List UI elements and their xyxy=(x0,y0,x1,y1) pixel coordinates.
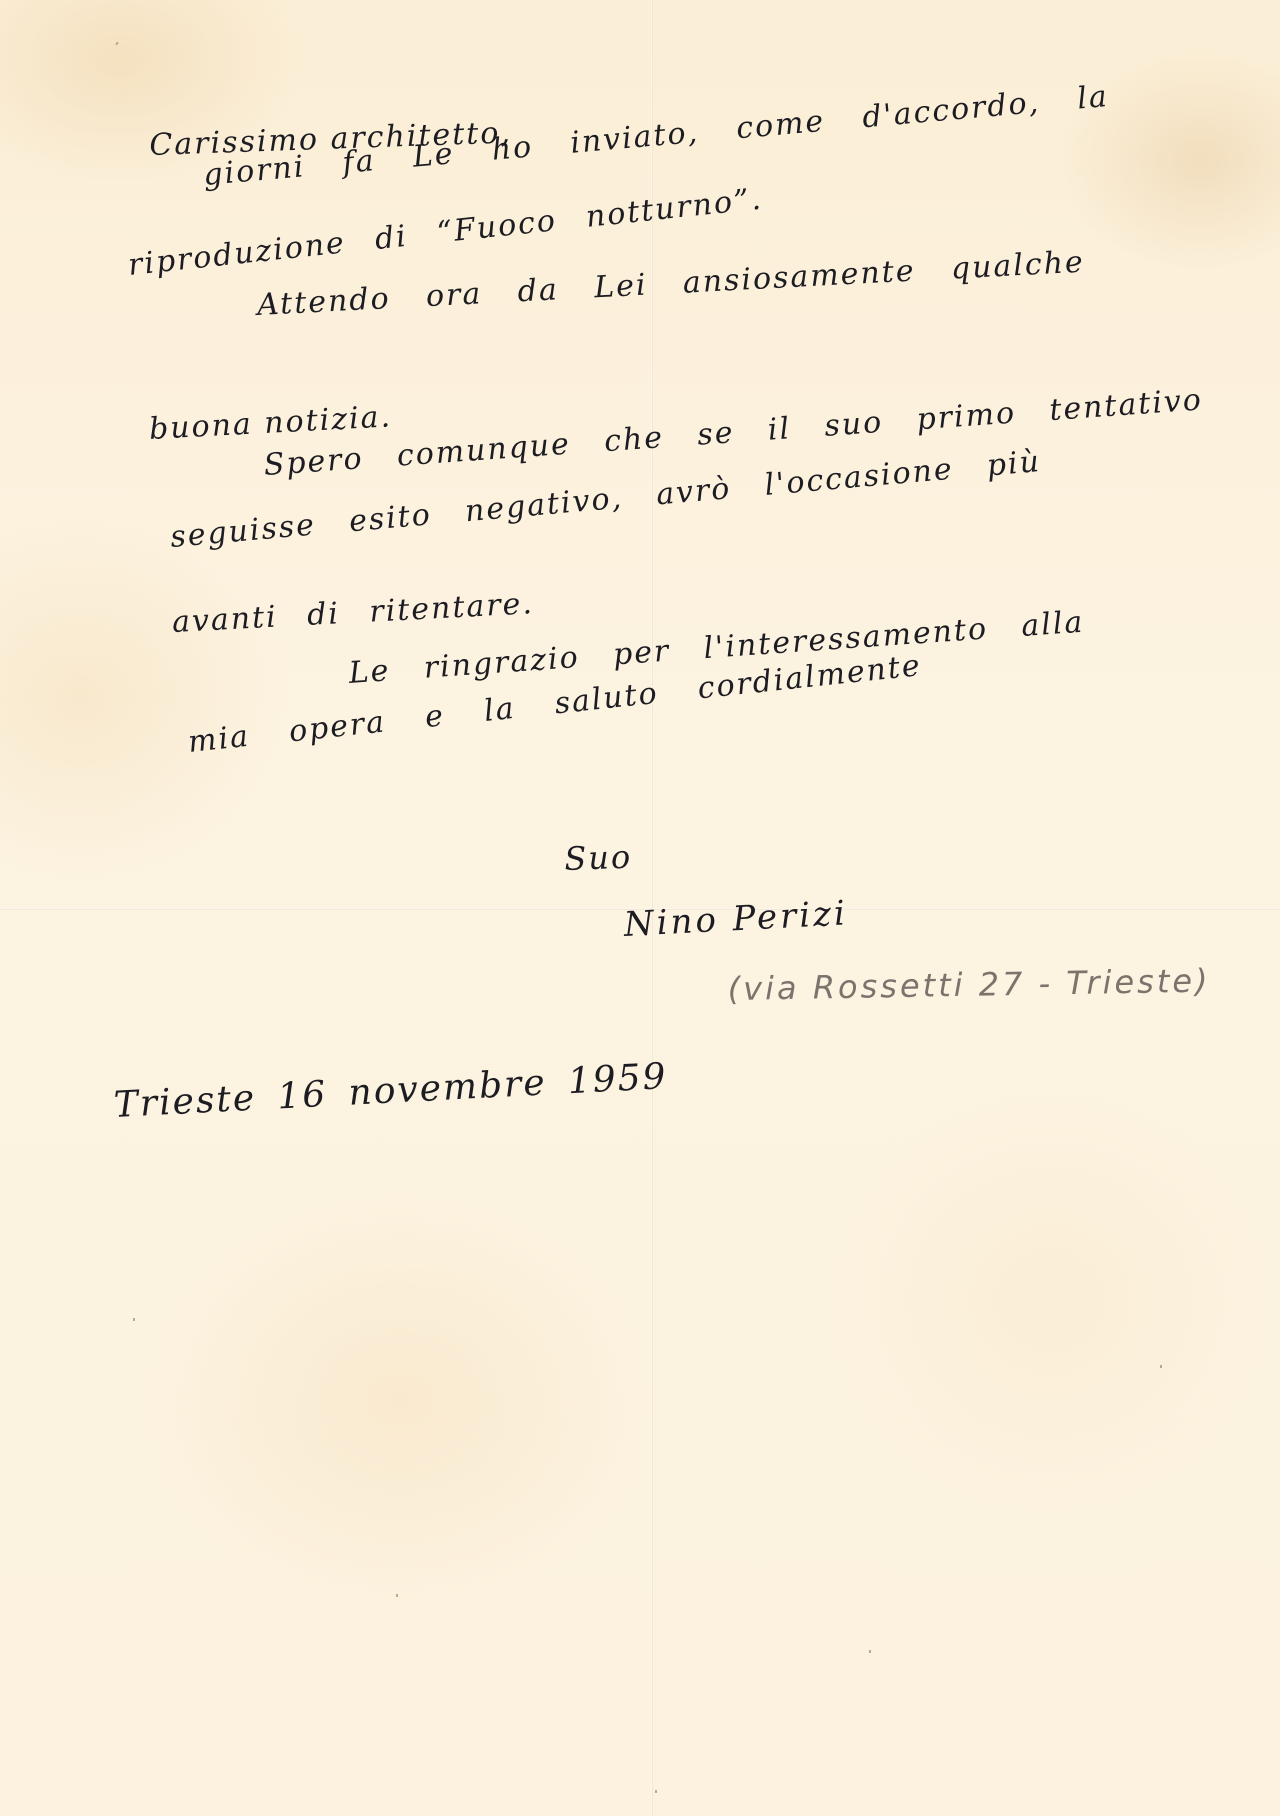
paper-speck xyxy=(115,42,118,46)
place-date: Trieste 16 novembre 1959 xyxy=(113,1056,669,1126)
body-line-7: avanti di ritentare. xyxy=(171,586,535,640)
letter-page: Carissimo architetto, giorni fa Le ho in… xyxy=(0,0,1280,1816)
signature: Nino Perizi xyxy=(623,893,849,945)
body-line-4: buona notizia. xyxy=(148,399,393,447)
paper-speck xyxy=(869,1650,871,1653)
paper-speck xyxy=(396,1594,398,1597)
paper-speck xyxy=(1160,1365,1162,1368)
address-note: (via Rossetti 27 - Trieste) xyxy=(727,962,1210,1008)
body-line-5: Spero comunque che se il suo primo tenta… xyxy=(263,382,1204,483)
paper-speck xyxy=(133,1318,135,1321)
closing: Suo xyxy=(564,838,633,878)
paper-speck xyxy=(655,1790,657,1793)
